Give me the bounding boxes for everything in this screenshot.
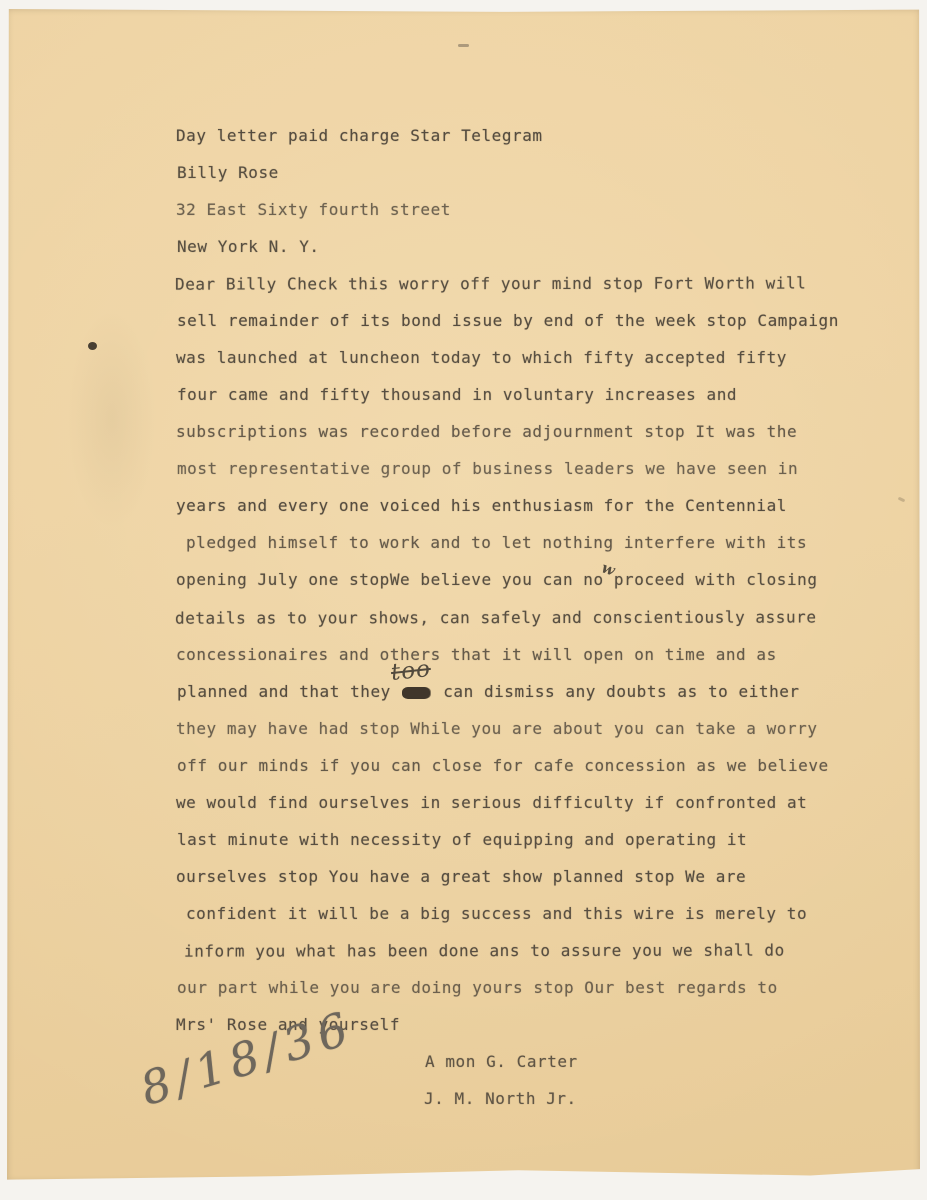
letter-line: 32 East Sixty fourth street <box>176 191 888 228</box>
handwritten-correction: too <box>389 651 433 692</box>
letter-line: planned and that they too can dismiss an… <box>177 673 889 710</box>
redacted-word-wrap: too <box>401 683 433 697</box>
ink-speck <box>88 342 97 350</box>
letter-line: confident it will be a big success and t… <box>177 895 889 932</box>
letter-line: ourselves stop You have a great show pla… <box>176 858 888 895</box>
letter-line: pledged himself to work and to let nothi… <box>177 524 889 561</box>
letter-line: our part while you are doing yours stop … <box>177 969 889 1006</box>
letter-line: years and every one voiced his enthusias… <box>176 487 888 524</box>
letter-line: last minute with necessity of equipping … <box>177 821 889 858</box>
letter-line: inform you what has been done ans to ass… <box>175 931 887 969</box>
letter-line: was launched at luncheon today to which … <box>176 339 888 376</box>
scanned-letter-page: { "letter": { "kind": "typewritten day-l… <box>0 0 927 1200</box>
letter-line: we would find ourselves in serious diffi… <box>176 784 888 821</box>
letter-line: off our minds if you can close for cafe … <box>177 747 889 784</box>
letter-line: they may have had stop While you are abo… <box>176 710 888 747</box>
letter-body: Day letter paid charge Star TelegramBill… <box>176 117 888 1117</box>
paper-stain <box>67 309 157 529</box>
letter-line: New York N. Y. <box>177 228 889 265</box>
letter-lines: Day letter paid charge Star TelegramBill… <box>176 117 888 1117</box>
letter-line: opening July one stopWe believe you can … <box>176 561 888 599</box>
letter-line: most representative group of business le… <box>177 450 889 487</box>
signature-line: J. M. North Jr. <box>176 1080 888 1117</box>
letter-line: concessionaires and others that it will … <box>176 636 888 673</box>
letter-line: four came and fifty thousand in voluntar… <box>177 376 889 413</box>
letter-line: sell remainder of its bond issue by end … <box>177 302 889 339</box>
letter-line: details as to your shows, can safely and… <box>175 598 887 636</box>
letter-line: subscriptions was recorded before adjour… <box>176 413 888 450</box>
letter-line: Day letter paid charge Star Telegram <box>176 117 888 154</box>
letter-line: Dear Billy Check this worry off your min… <box>175 264 887 302</box>
pencil-mark <box>458 44 469 47</box>
letter-line: Billy Rose <box>177 154 889 191</box>
